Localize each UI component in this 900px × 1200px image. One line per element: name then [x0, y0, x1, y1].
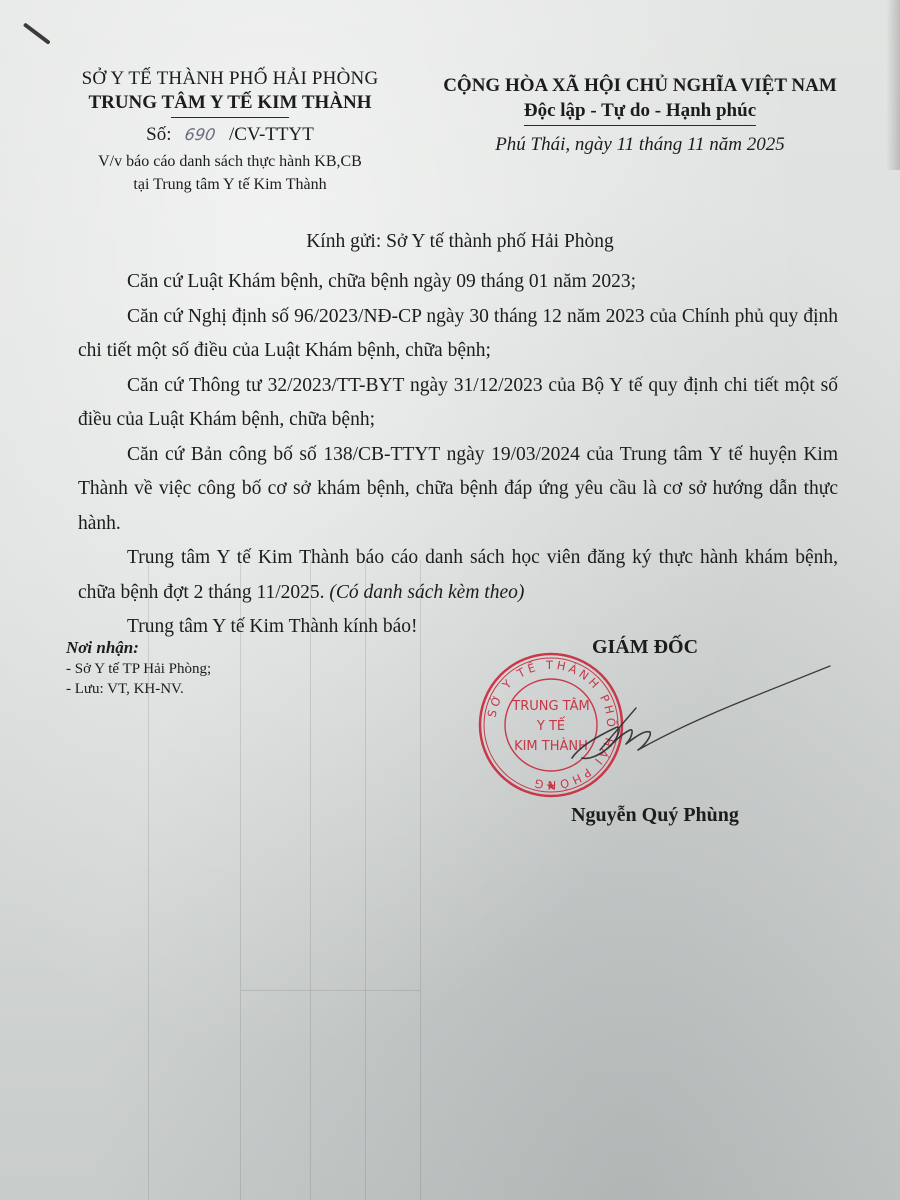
body-paragraph: Căn cứ Luật Khám bệnh, chữa bệnh ngày 09… — [78, 265, 838, 300]
parent-agency: SỞ Y TẾ THÀNH PHỐ HẢI PHÒNG — [40, 66, 420, 91]
document-reference: Số: 690 /CV-TTYT — [40, 120, 420, 150]
issuing-authority-block: SỞ Y TẾ THÀNH PHỐ HẢI PHÒNG TRUNG TÂM Y … — [40, 66, 420, 196]
body-paragraph-report: Trung tâm Y tế Kim Thành báo cáo danh sá… — [78, 541, 838, 610]
recipient-item: - Sở Y tế TP Hải Phòng; — [66, 659, 426, 679]
salutation: Kính gửi: Sở Y tế thành phố Hải Phòng — [60, 228, 860, 256]
letter-body: Căn cứ Luật Khám bệnh, chữa bệnh ngày 09… — [78, 265, 838, 645]
recipients-block: Nơi nhận: - Sở Y tế TP Hải Phòng; - Lưu:… — [66, 637, 426, 699]
recipients-label: Nơi nhận: — [66, 637, 426, 659]
ref-suffix: /CV-TTYT — [229, 124, 314, 145]
svg-text:★: ★ — [546, 779, 557, 793]
national-title: CỘNG HÒA XÃ HỘI CHỦ NGHĨA VIỆT NAM — [410, 74, 870, 98]
ref-prefix: Số: — [146, 124, 171, 145]
recipient-item: - Lưu: VT, KH-NV. — [66, 679, 426, 699]
national-header-block: CỘNG HÒA XÃ HỘI CHỦ NGHĨA VIỆT NAM Độc l… — [410, 74, 870, 158]
body-paragraph: Căn cứ Thông tư 32/2023/TT-BYT ngày 31/1… — [78, 369, 838, 438]
signer-name: Nguyễn Quý Phùng — [540, 802, 770, 828]
header-underline — [171, 117, 289, 118]
body-paragraph: Căn cứ Nghị định số 96/2023/NĐ-CP ngày 3… — [78, 300, 838, 369]
subject-line-2: tại Trung tâm Y tế Kim Thành — [40, 173, 420, 196]
attachment-note: (Có danh sách kèm theo) — [329, 582, 524, 603]
handwritten-signature — [560, 650, 860, 770]
page-edge-shadow — [886, 0, 900, 170]
handwritten-ref-number: 690 — [174, 120, 226, 150]
body-paragraph: Căn cứ Bản công bố số 138/CB-TTYT ngày 1… — [78, 438, 838, 542]
subject-line-1: V/v báo cáo danh sách thực hành KB,CB — [40, 150, 420, 173]
national-motto: Độc lập - Tự do - Hạnh phúc — [524, 98, 756, 126]
place-and-date: Phú Thái, ngày 11 tháng 11 năm 2025 — [410, 132, 870, 158]
issuing-organization: TRUNG TÂM Y TẾ KIM THÀNH — [40, 91, 420, 115]
